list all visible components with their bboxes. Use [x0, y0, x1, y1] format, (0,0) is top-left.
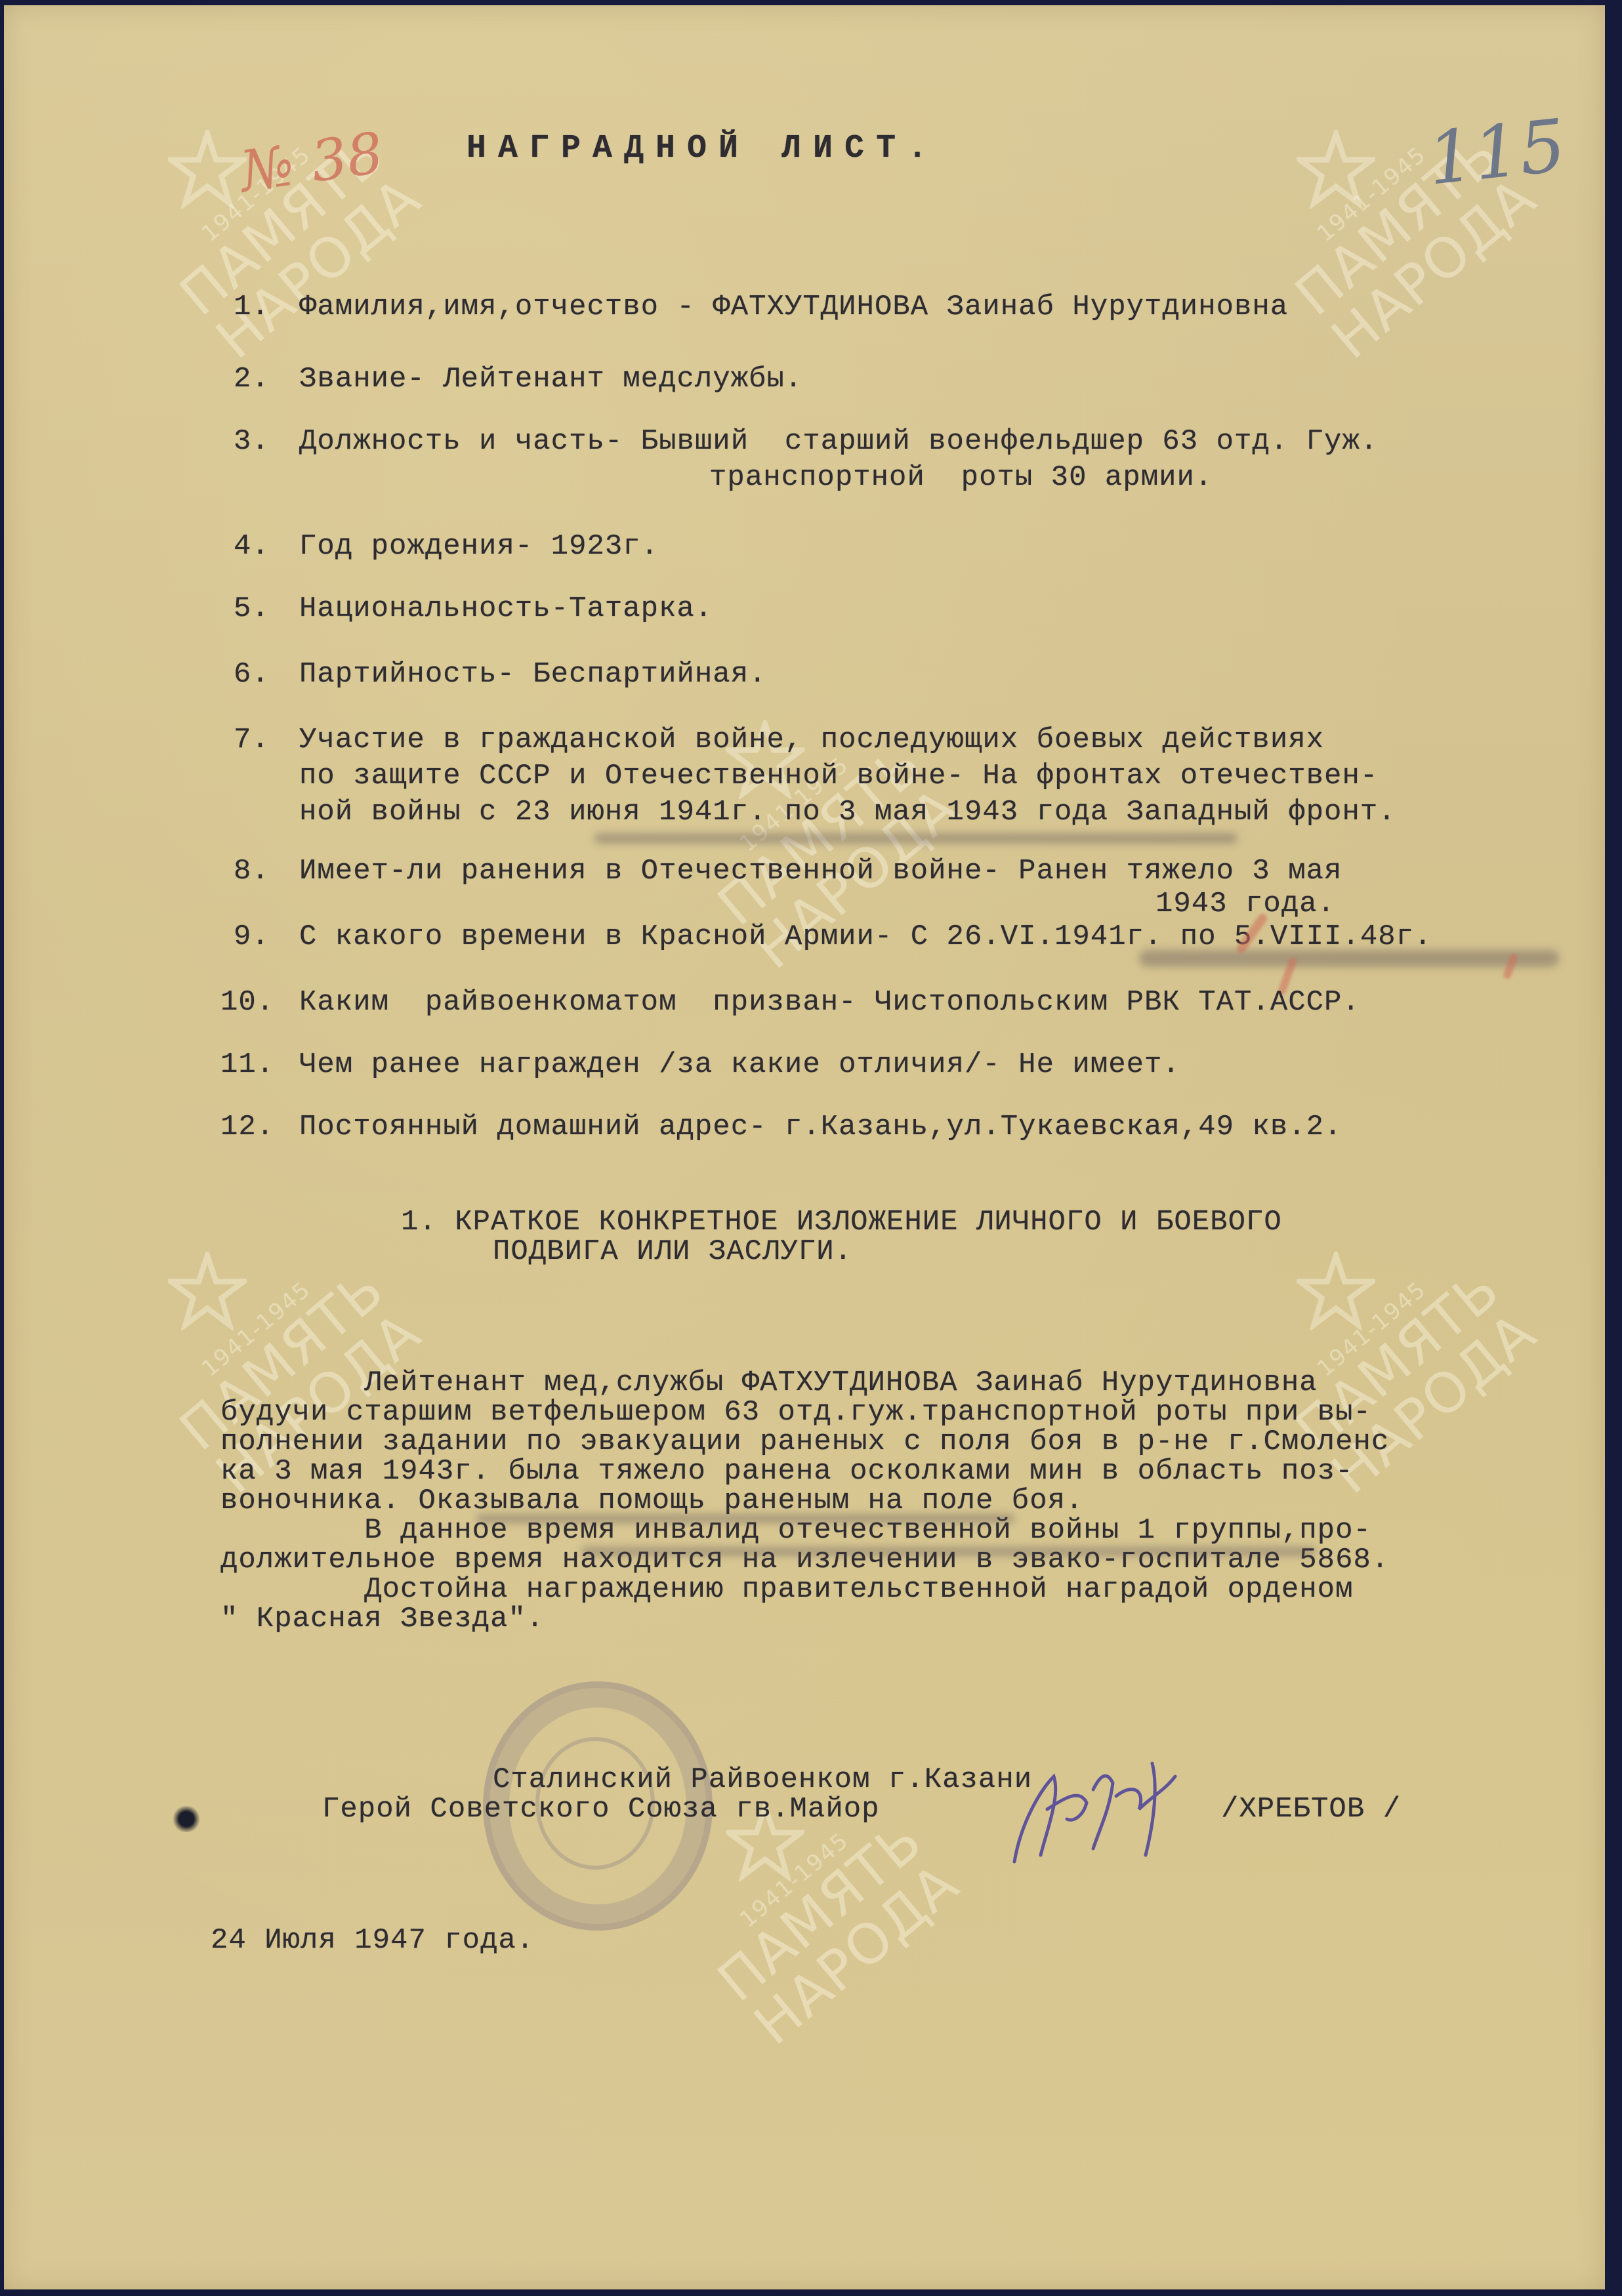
field-number: 12. — [220, 1111, 274, 1143]
ink-smear — [476, 1514, 1014, 1523]
watermark-star-icon — [1297, 130, 1375, 209]
field-wounds-continued: 1943 года. — [1155, 888, 1335, 920]
narrative-line: будучи старшим ветфельшером 63 отд.гуж.т… — [220, 1396, 1371, 1429]
field-draft-office: Каким райвоенкоматом призван- Чистопольс… — [299, 986, 1360, 1019]
field-number: 5. — [234, 592, 270, 625]
watermark-top-left: 1941-1945 ПАМЯТЬ НАРОДА — [118, 75, 467, 400]
narrative-line: Лейтенант мед,службы ФАТХУТДИНОВА Заинаб… — [220, 1366, 1318, 1399]
document-date: 24 Июля 1947 года. — [211, 1924, 534, 1957]
signatory-title: Герой Советского Союза гв.Майор — [322, 1793, 880, 1826]
field-number: 6. — [234, 658, 270, 691]
field-position-continued: транспортной роты 30 армии. — [709, 461, 1213, 494]
narrative-line: воночника. Оказывала помощь раненым на п… — [220, 1485, 1083, 1517]
field-war-participation-line2: по защите СССР и Отечественной войне- На… — [299, 760, 1378, 792]
field-number: 10. — [220, 986, 274, 1019]
field-party: Партийность- Беспартийная. — [299, 658, 767, 691]
field-number: 8. — [234, 855, 270, 888]
field-number: 4. — [234, 530, 270, 563]
document-title: НАГРАДНОЙ ЛИСТ. — [467, 130, 939, 167]
field-war-participation: Участие в гражданской войне, последующих… — [299, 724, 1324, 756]
field-nationality: Национальность-Татарка. — [299, 592, 713, 625]
field-number: 7. — [234, 724, 270, 756]
handwritten-signature — [1001, 1750, 1198, 1881]
blue-handwritten-page-number: 115 — [1424, 103, 1570, 201]
ink-smear — [581, 1547, 1316, 1556]
field-number: 2. — [234, 363, 270, 396]
narrative-line: полнении задании по эвакуации раненых с … — [220, 1425, 1389, 1458]
section-heading-continued: ПОДВИГА ИЛИ ЗАСЛУГИ. — [493, 1235, 852, 1268]
field-number: 1. — [234, 291, 270, 323]
field-number: 3. — [234, 425, 270, 458]
paper-punch-hole — [173, 1806, 199, 1832]
field-wounds: Имеет-ли ранения в Отечественной войне- … — [299, 855, 1342, 888]
ink-smear — [594, 833, 1237, 844]
field-number: 9. — [234, 920, 270, 953]
field-full-name: Фамилия,имя,отчество - ФАТХУТДИНОВА Заин… — [299, 291, 1288, 323]
document-page: 1941-1945 ПАМЯТЬ НАРОДА 1941-1945 ПАМЯТЬ… — [4, 5, 1605, 2289]
signatory-office: Сталинский Райвоенком г.Казани — [493, 1763, 1032, 1796]
narrative-line: ка 3 мая 1943г. была тяжело ранена оскол… — [220, 1455, 1353, 1488]
section-heading: 1. КРАТКОЕ КОНКРЕТНОЕ ИЗЛОЖЕНИЕ ЛИЧНОГО … — [401, 1206, 1282, 1239]
field-position: Должность и часть- Бывший старший военфе… — [299, 425, 1378, 458]
narrative-line: Достойна награждению правительственной н… — [220, 1573, 1353, 1606]
watermark-star-icon — [168, 1252, 247, 1330]
field-home-address: Постоянный домашний адрес- г.Казань,ул.Т… — [299, 1111, 1342, 1143]
watermark-star-icon — [1297, 1252, 1375, 1330]
narrative-line: " Красная Звезда". — [220, 1603, 544, 1635]
field-birth-year: Год рождения- 1923г. — [299, 530, 659, 563]
ink-smear — [1139, 950, 1559, 967]
red-handwritten-number: № 38 — [236, 120, 387, 205]
field-war-participation-line3: ной войны с 23 июня 1941г. по 3 мая 1943… — [299, 796, 1396, 829]
signatory-name: /ХРЕБТОВ / — [1221, 1793, 1401, 1826]
field-previous-awards: Чем ранее награжден /за какие отличия/- … — [299, 1048, 1180, 1081]
field-number: 11. — [220, 1048, 274, 1081]
watermark-star-icon — [168, 130, 247, 209]
field-rank: Звание- Лейтенант медслужбы. — [299, 363, 802, 396]
